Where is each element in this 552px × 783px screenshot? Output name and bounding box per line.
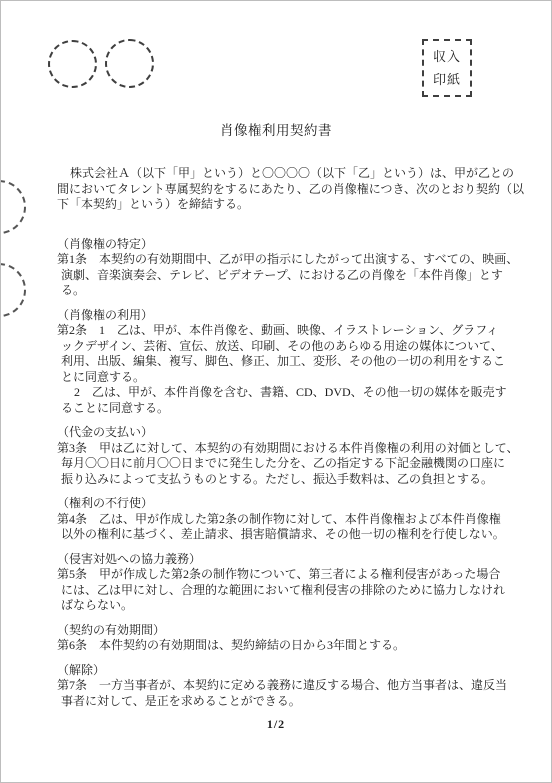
sections: （肖像権の特定）第1条 本契約の有効期間中、乙が甲の指示にしたがって出演する、す… bbox=[57, 237, 543, 710]
section-heading: （権利の不行使） bbox=[57, 496, 543, 512]
section-heading: （肖像権の利用） bbox=[57, 308, 543, 324]
clause-text: 第5条 甲が作成した第2条の制作物について、第三者による権利侵害があった場合 に… bbox=[57, 567, 543, 614]
section-heading: （解除） bbox=[57, 663, 543, 679]
clause-text: 第6条 本件契約の有効期間は、契約締結の日から3年間とする。 bbox=[57, 638, 543, 654]
seal-placeholder-circle-2 bbox=[105, 39, 154, 88]
clause-text: 第2条 1 乙は、甲が、本件肖像を、動画、映像、イラストレーション、グラフィ ッ… bbox=[57, 323, 543, 385]
section-heading: （代金の支払い） bbox=[57, 425, 543, 441]
document-title: 肖像権利用契約書 bbox=[1, 119, 551, 139]
clause-text: 第1条 本契約の有効期間中、乙が甲の指示にしたがって出演する、すべての、映画、 … bbox=[57, 252, 543, 299]
left-margin-hole-circle-1 bbox=[0, 180, 26, 234]
subclause-text: 2 乙は、甲が、本件肖像を含む、書籍、CD、DVD、その他一切の媒体を販売す る… bbox=[57, 385, 543, 416]
clause-text: 第4条 乙は、甲が作成した第2条の制作物に対して、本件肖像権および本件肖像権 以… bbox=[57, 512, 543, 543]
page-number: 1/2 bbox=[1, 717, 551, 732]
clause-text: 第7条 一方当事者が、本契約に定める義務に違反する場合、他方当事者は、違反当 事… bbox=[57, 678, 543, 709]
section-heading: （肖像権の特定） bbox=[57, 237, 543, 253]
preamble-paragraph: 株式会社Ａ（以下「甲」という）と〇〇〇〇（以下「乙」という）は、甲が乙との 間に… bbox=[57, 166, 543, 213]
section-heading: （契約の有効期間） bbox=[57, 623, 543, 639]
left-margin-hole-circle-2 bbox=[0, 263, 26, 317]
seal-placeholder-circle-1 bbox=[48, 40, 97, 88]
contract-body: 株式会社Ａ（以下「甲」という）と〇〇〇〇（以下「乙」という）は、甲が乙との 間に… bbox=[57, 166, 543, 709]
contract-page: 収入 印紙 肖像権利用契約書 株式会社Ａ（以下「甲」という）と〇〇〇〇（以下「乙… bbox=[0, 0, 552, 783]
revenue-stamp-box: 収入 印紙 bbox=[422, 39, 472, 97]
clause-text: 第3条 甲は乙に対して、本契約の有効期間における本件肖像権の利用の対価として、 … bbox=[57, 441, 543, 488]
section-heading: （侵害対処への協力義務） bbox=[57, 552, 543, 568]
